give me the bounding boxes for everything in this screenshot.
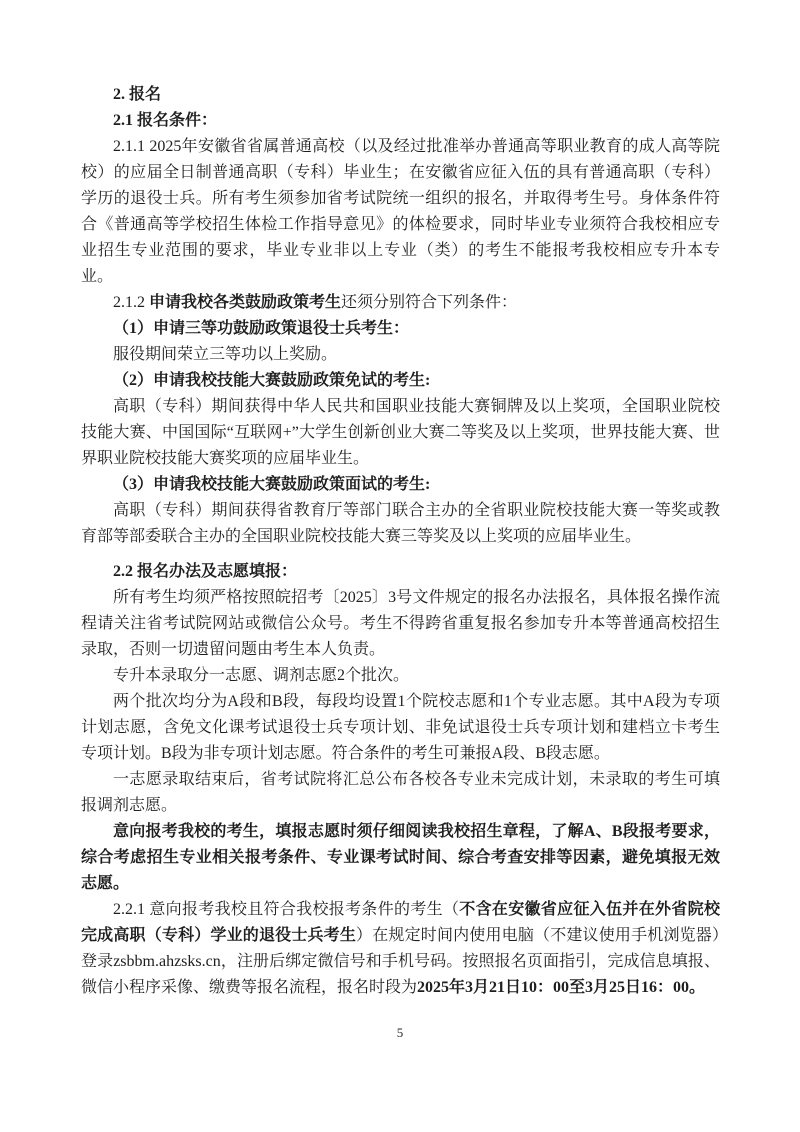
para-adjustment: 一志愿录取结束后，省考试院将汇总公布各校各专业未完成计划，未录取的考生可填报调剂… (81, 767, 720, 819)
para-2-1-1-text: 2.1.1 2025年安徽省省属普通高校（以及经过批准举办普通高等职业教育的成人… (81, 138, 720, 285)
item-3-body: 高职（专科）期间获得省教育厅等部门联合主办的全省职业院校技能大赛一等奖或教育部等… (81, 498, 720, 550)
para-batches-text: 专升本录取分一志愿、调剂志愿2个批次。 (113, 667, 409, 684)
heading-2-2: 2.2 报名办法及志愿填报： (81, 559, 720, 585)
para-2-1-2-text: 还须分别符合下列条件： (341, 294, 517, 311)
para-adjustment-text: 一志愿录取结束后，省考试院将汇总公布各校各专业未完成计划，未录取的考生可填报调剂… (81, 771, 720, 814)
heading-2-2-text: 2.2 报名办法及志愿填报： (113, 563, 297, 580)
item-1-body-text: 服役期间荣立三等功以上奖励。 (113, 346, 337, 363)
item-3-heading-text: （3）申请我校技能大赛鼓励政策面试的考生: (113, 476, 430, 493)
heading-section-2: 2. 报名 (81, 82, 720, 108)
para-2-1-2-text: 申请我校各类鼓励政策考生 (149, 294, 341, 311)
item-2-heading: （2）申请我校技能大赛鼓励政策免试的考生: (81, 368, 720, 394)
para-notice-bold: 意向报考我校的考生，填报志愿时须仔细阅读我校招生章程，了解A、B段报考要求，综合… (81, 819, 720, 897)
item-2-heading-text: （2）申请我校技能大赛鼓励政策免试的考生: (113, 372, 430, 389)
item-3-body-text: 高职（专科）期间获得省教育厅等部门联合主办的全省职业院校技能大赛一等奖或教育部等… (81, 502, 720, 545)
para-segments: 两个批次均分为A段和B段，每段均设置1个院校志愿和1个专业志愿。其中A段为专项计… (81, 689, 720, 767)
heading-2-1-text: 2.1 报名条件： (113, 112, 217, 129)
document-body: 2. 报名2.1 报名条件：2.1.1 2025年安徽省省属普通高校（以及经过批… (81, 82, 720, 1001)
heading-2-1: 2.1 报名条件： (81, 108, 720, 134)
para-notice-bold-text: 意向报考我校的考生，填报志愿时须仔细阅读我校招生章程，了解A、B段报考要求，综合… (81, 823, 720, 892)
para-registration-method-text: 所有考生均须严格按照皖招考〔2025〕3号文件规定的报名办法报名，具体报名操作流… (81, 589, 720, 658)
para-2-1-2: 2.1.2 申请我校各类鼓励政策考生还须分别符合下列条件： (81, 290, 720, 316)
para-2-1-2-text: 2.1.2 (113, 294, 149, 311)
item-2-body-text: 高职（专科）期间获得中华人民共和国职业技能大赛铜牌及以上奖项，全国职业院校技能大… (81, 398, 720, 467)
heading-section-2-text: 2. 报名 (113, 86, 161, 103)
para-segments-text: 两个批次均分为A段和B段，每段均设置1个院校志愿和1个专业志愿。其中A段为专项计… (81, 693, 720, 762)
para-2-2-1: 2.2.1 意向报考我校且符合我校报考条件的考生（不含在安徽省应征入伍并在外省院… (81, 897, 720, 1001)
item-3-heading: （3）申请我校技能大赛鼓励政策面试的考生: (81, 472, 720, 498)
document-page: 2. 报名2.1 报名条件：2.1.1 2025年安徽省省属普通高校（以及经过批… (0, 0, 800, 1132)
page-number: 5 (0, 1025, 800, 1041)
item-1-heading: （1）申请三等功鼓励政策退役士兵考生： (81, 316, 720, 342)
item-2-body: 高职（专科）期间获得中华人民共和国职业技能大赛铜牌及以上奖项，全国职业院校技能大… (81, 394, 720, 472)
item-1-body: 服役期间荣立三等功以上奖励。 (81, 342, 720, 368)
para-registration-method: 所有考生均须严格按照皖招考〔2025〕3号文件规定的报名办法报名，具体报名操作流… (81, 585, 720, 663)
para-batches: 专升本录取分一志愿、调剂志愿2个批次。 (81, 663, 720, 689)
para-2-2-1-text: 2025年3月21日10：00至3月25日16：00。 (417, 979, 705, 996)
para-2-2-1-text: 2.2.1 意向报考我校且符合我校报考条件的考生（ (113, 901, 459, 918)
para-2-1-1: 2.1.1 2025年安徽省省属普通高校（以及经过批准举办普通高等职业教育的成人… (81, 134, 720, 290)
item-1-heading-text: （1）申请三等功鼓励政策退役士兵考生： (113, 320, 409, 337)
